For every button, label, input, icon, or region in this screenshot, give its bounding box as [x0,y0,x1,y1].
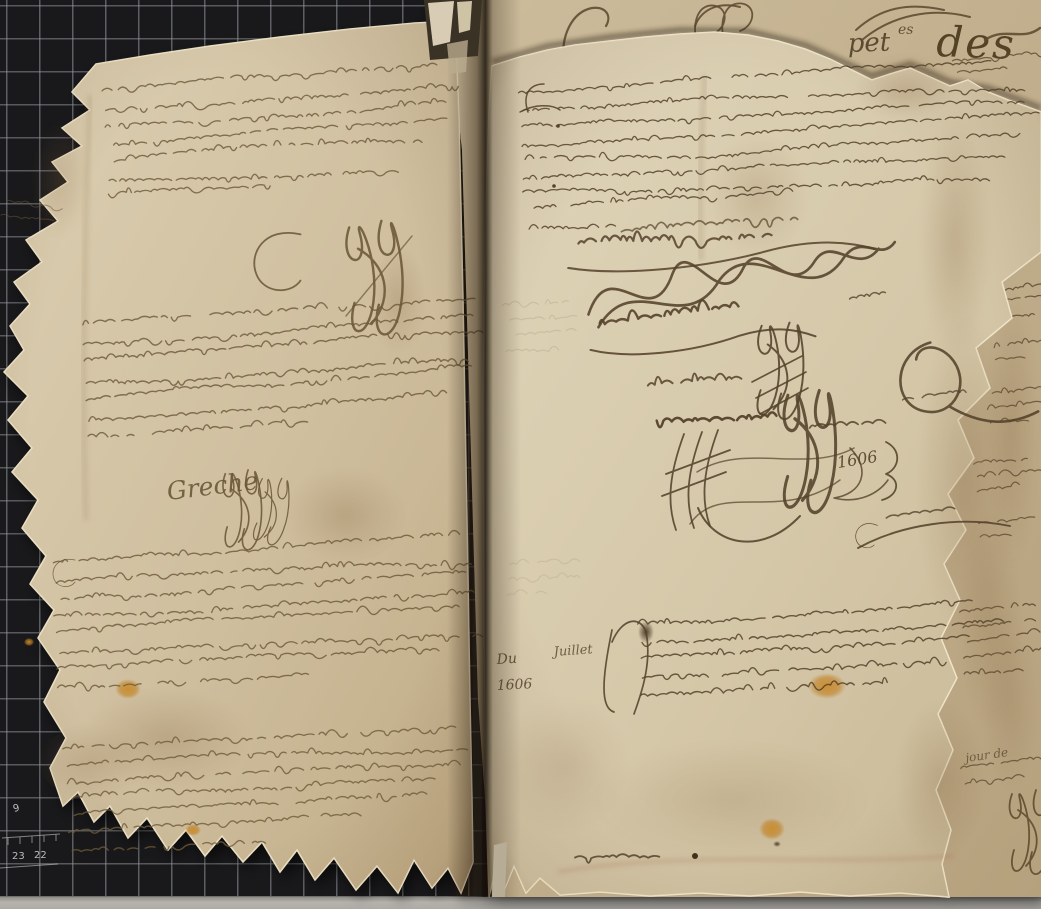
open-register-book: pet es des jour de Gr [1,0,1041,897]
heading-fragment-small: pet [847,28,891,59]
orange-stain [759,818,785,840]
orange-stain [115,679,141,699]
ruler-number-23: 23 [12,851,25,862]
heading-fragment-large: des [936,17,1017,69]
ruler-number-9: 9 [12,803,21,815]
archival-photo-stage: pet es des jour de Gr [0,0,1041,909]
manuscript-book-photo: pet es des jour de Gr [0,0,1041,909]
heading-fragment-superscript: es [898,22,913,38]
ruler-ticks [0,834,60,868]
ruler-number-22: 22 [34,850,47,861]
dark-spot [773,841,781,847]
page-edge-bottom [492,842,507,897]
ink-blot [692,853,698,859]
orange-stain [24,638,34,646]
orange-stain [185,824,201,836]
gutter-shadow [447,0,521,897]
entry-month-juillet: Juillet [550,642,594,660]
margin-dot [552,184,556,188]
mat-ruler: 9 23 22 [0,803,60,868]
